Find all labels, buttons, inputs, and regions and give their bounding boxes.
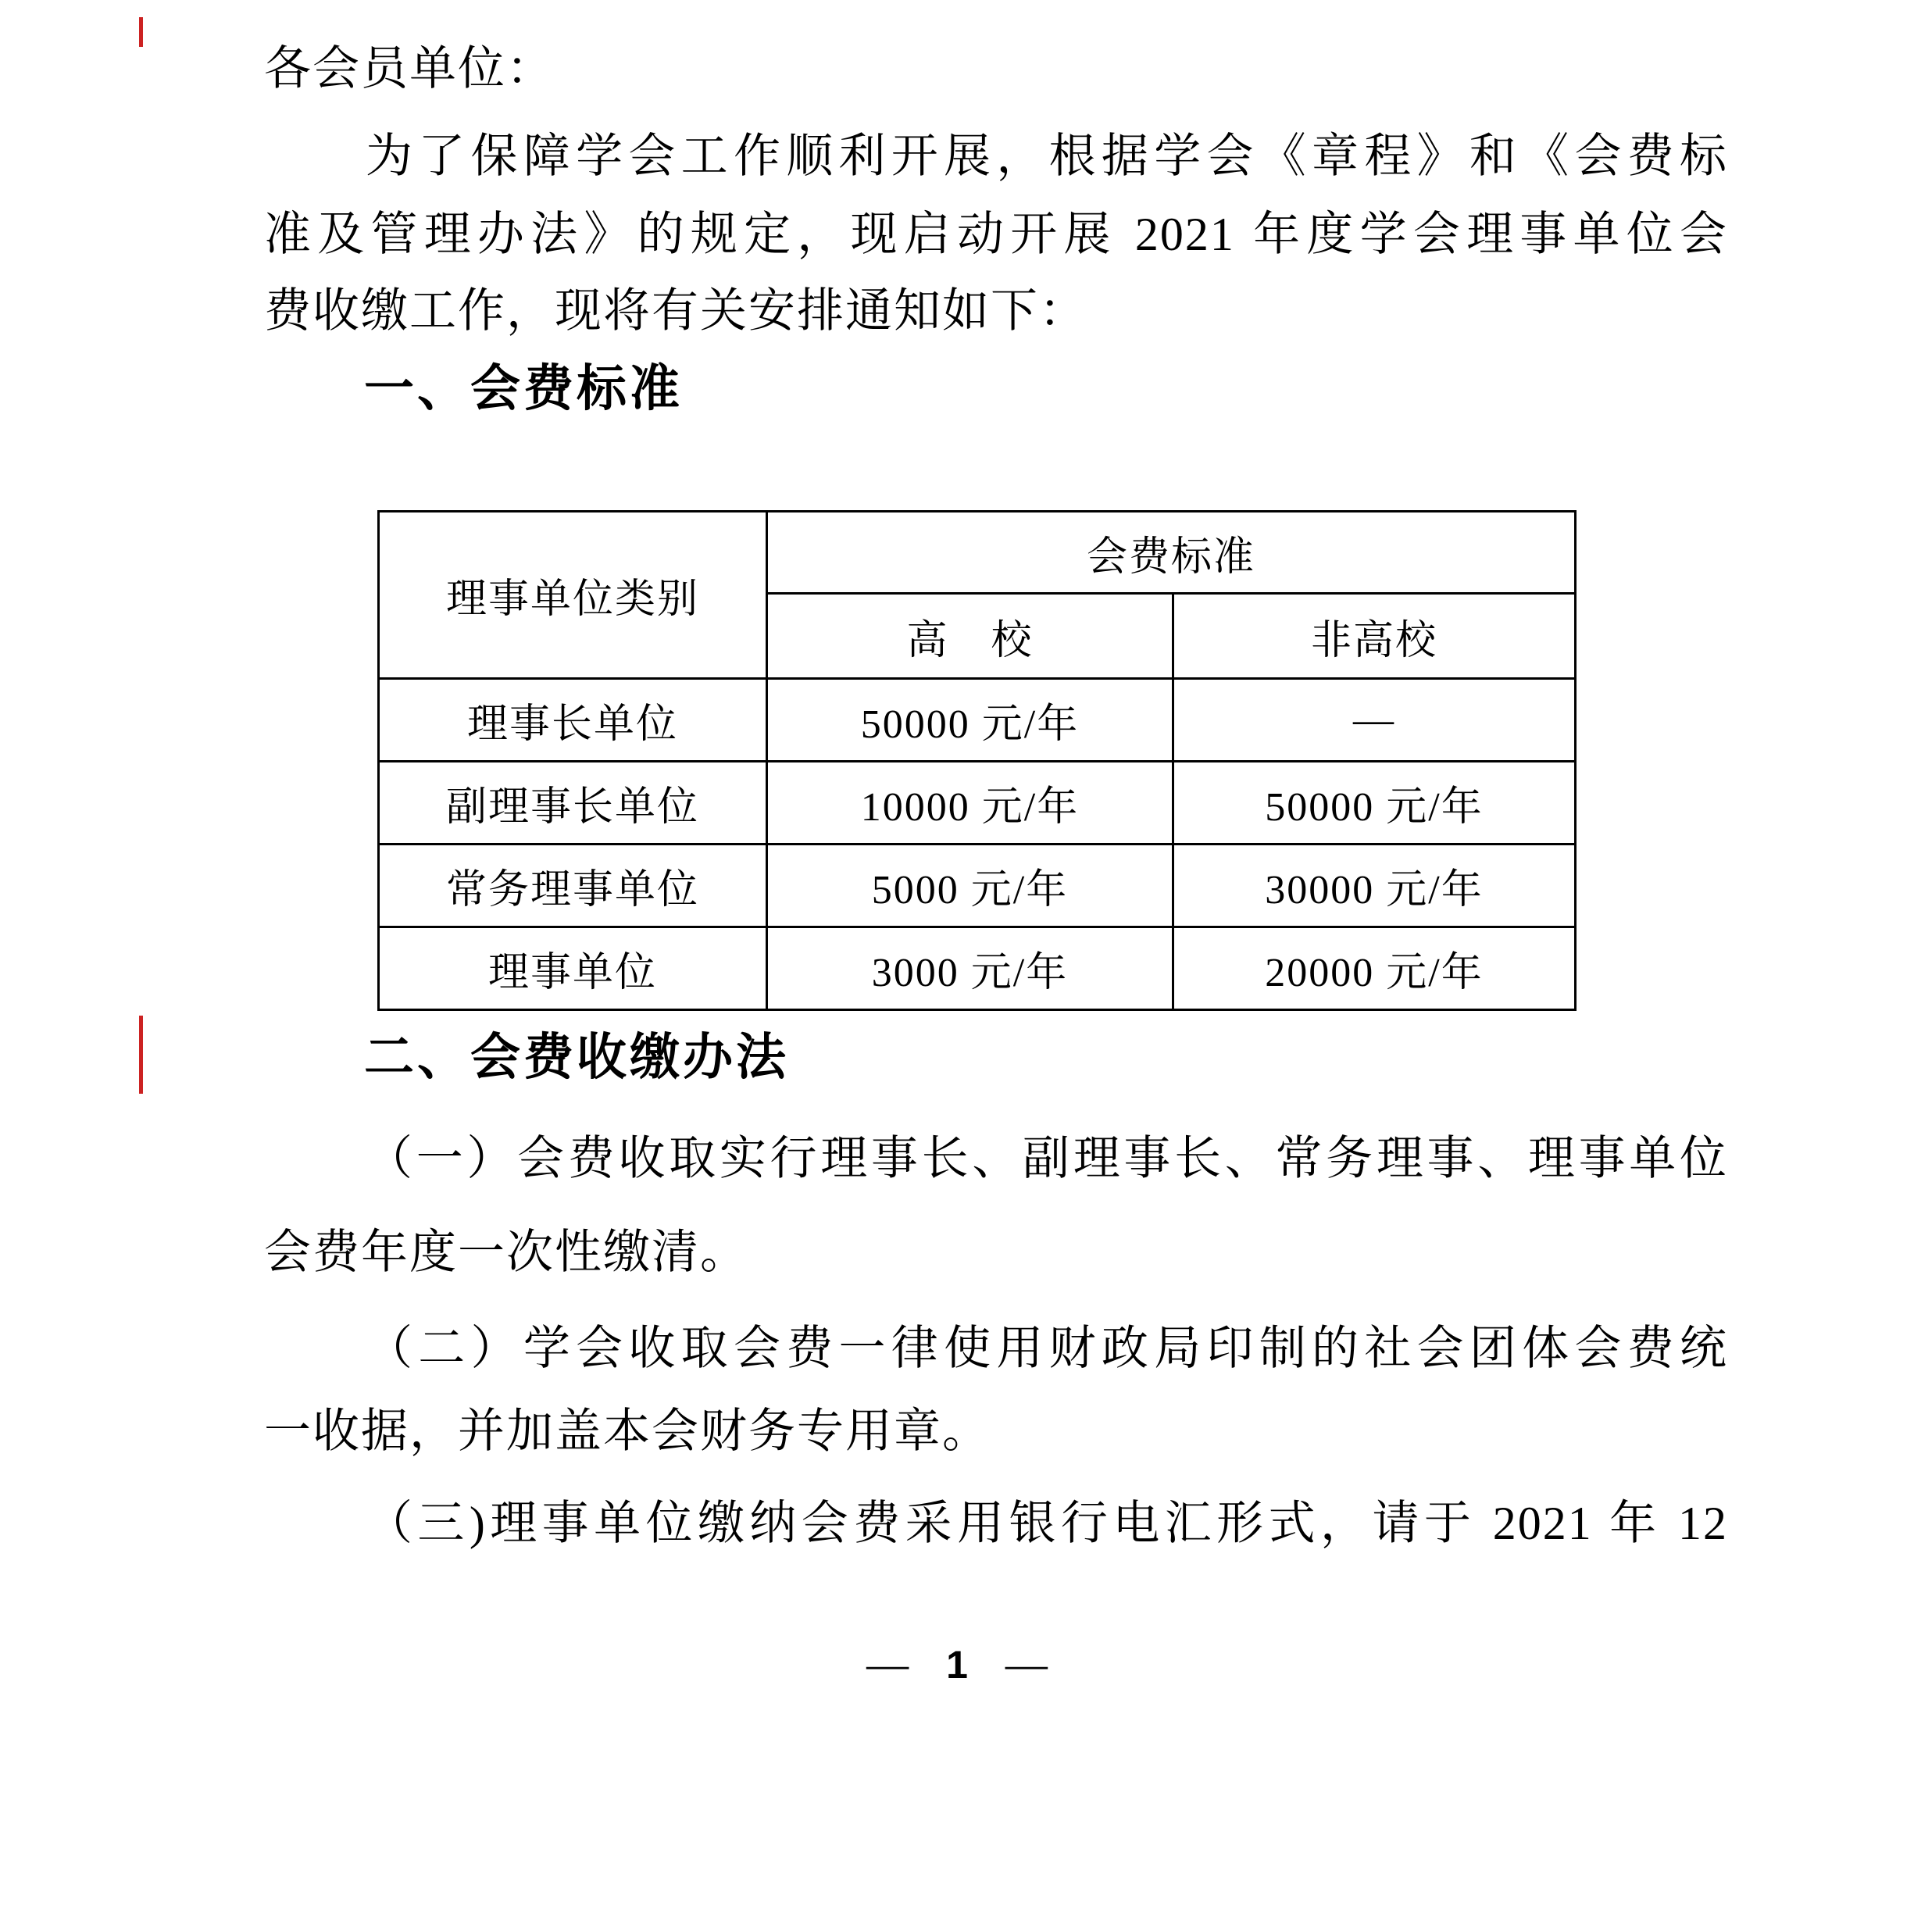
page-number: 1 — [946, 1640, 968, 1690]
scan-artifact-mark — [139, 17, 143, 47]
section1-heading: 一、会费标准 — [364, 361, 683, 416]
para1-line-2: 会费年度一次性缴清。 — [264, 1227, 1728, 1277]
fee-table: 理事单位类别 会费标准 高 校 非高校 理事长单位 50000 元/年 — 副理… — [377, 510, 1577, 1011]
table-header-university: 高 校 — [767, 594, 1173, 679]
salutation: 各会员单位： — [264, 44, 1728, 94]
table-row: 副理事长单位 10000 元/年 50000 元/年 — [379, 762, 1576, 845]
para3-line-1: （三)理事单位缴纳会费采用银行电汇形式，请于 2021 年 12 — [264, 1498, 1728, 1548]
para1-line-1: （一）会费收取实行理事长、副理事长、常务理事、理事单位 — [264, 1134, 1728, 1184]
table-cell-category: 常务理事单位 — [379, 845, 767, 927]
footer-dash-left: — — [866, 1639, 909, 1689]
table-header-fee-group: 会费标准 — [767, 512, 1576, 594]
page-footer: —1— — [0, 1639, 1914, 1689]
table-header-category: 理事单位类别 — [379, 512, 767, 679]
document-page: 各会员单位： 为了保障学会工作顺利开展，根据学会《章程》和《会费标 准及管理办法… — [0, 0, 1914, 1932]
table-cell-category: 副理事长单位 — [379, 762, 767, 845]
intro-line-3: 费收缴工作，现将有关安排通知如下： — [264, 286, 1728, 336]
table-header-non-university: 非高校 — [1173, 594, 1576, 679]
table-cell-university: 10000 元/年 — [767, 762, 1173, 845]
table-row: 常务理事单位 5000 元/年 30000 元/年 — [379, 845, 1576, 927]
table-cell-non-university: 50000 元/年 — [1173, 762, 1576, 845]
table-cell-university: 50000 元/年 — [767, 679, 1173, 762]
table-cell-university: 5000 元/年 — [767, 845, 1173, 927]
intro-line-1: 为了保障学会工作顺利开展，根据学会《章程》和《会费标 — [264, 131, 1728, 181]
table-cell-non-university: — — [1173, 679, 1576, 762]
table-cell-non-university: 30000 元/年 — [1173, 845, 1576, 927]
table-cell-non-university: 20000 元/年 — [1173, 927, 1576, 1010]
table-header-row-1: 理事单位类别 会费标准 — [379, 512, 1576, 594]
section2-heading: 二、会费收缴办法 — [364, 1030, 789, 1084]
para2-line-1: （二）学会收取会费一律使用财政局印制的社会团体会费统 — [264, 1323, 1728, 1373]
intro-line-2: 准及管理办法》的规定，现启动开展 2021 年度学会理事单位会 — [264, 209, 1728, 259]
para2-line-2: 一收据，并加盖本会财务专用章。 — [264, 1406, 1728, 1456]
table-cell-category: 理事长单位 — [379, 679, 767, 762]
table-cell-university: 3000 元/年 — [767, 927, 1173, 1010]
footer-dash-right: — — [1005, 1639, 1048, 1689]
table-row: 理事长单位 50000 元/年 — — [379, 679, 1576, 762]
table-row: 理事单位 3000 元/年 20000 元/年 — [379, 927, 1576, 1010]
scan-artifact-mark — [139, 1016, 143, 1094]
table-cell-category: 理事单位 — [379, 927, 767, 1010]
